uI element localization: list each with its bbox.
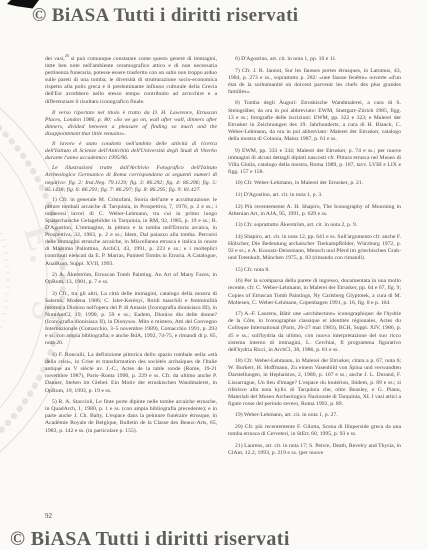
footnote: 13) Cfr. soprattutto Åkerström, art. cit… [228, 222, 401, 229]
footnotes-left: 1) Cfr. in generale M. Cristofani, Stori… [45, 197, 217, 435]
footnote: 16) Per la scomparsa della parete di ing… [228, 278, 401, 306]
footnote: 17) A.-F. Laurens, Bâtir une «architectu… [228, 311, 401, 354]
acknowledgements-block: Il verso riportato nel titolo è tratto d… [45, 110, 217, 194]
footnote: 12) Più recentemente A. H. Shapiro, The … [228, 204, 401, 218]
footnote: 21) Laurens, art. cit. in nota 17; S. Pe… [228, 443, 401, 457]
scanned-book-page: E S © BiASA Tutti i diritti riservati de… [0, 0, 428, 550]
copyright-watermark-top: © BiASA Tutti i diritti riservati [32, 5, 299, 27]
page-number: 92 [45, 512, 52, 520]
seal-divider-dot [30, 256, 36, 262]
footnote: 1) Cfr. in generale M. Cristofani, Stori… [45, 197, 217, 268]
body-paragraph: dei vasi,26 si può comunque constatare c… [45, 56, 217, 106]
footnote: 7) Cfr. J. R. Jannot, Sur les fausses po… [228, 68, 401, 96]
footnote: 14) Shapiro, art. cit. in nota 12, pp. 6… [228, 234, 401, 262]
footnote: 19) Weber-Lehmann, art. cit. in nota 1, … [228, 412, 401, 419]
footnote: 6) D'Agostino, art. cit. in nota 1, pp. … [228, 56, 401, 63]
footnotes-right: 6) D'Agostino, art. cit. in nota 1, pp. … [228, 56, 401, 457]
body-text-start: dei vasi, [45, 56, 65, 62]
right-column: 6) D'Agostino, art. cit. in nota 1, pp. … [228, 56, 401, 461]
footnote: 11) D'Agostino, art. cit. in nota 1, p. … [228, 192, 401, 199]
footnote: 9) EWM, pp. 333 e 334; Malerei der Etrus… [228, 148, 401, 176]
footnote: 18) Cfr. Weber-Lehmann, in Malerei der E… [228, 358, 401, 408]
footnote: 5) R. A. Staccioli, Le finte porte dipin… [45, 399, 217, 434]
body-text-rest: si può comunque constatare come questo g… [45, 56, 217, 105]
footnote: 4) F. Roncalli, La definizione pittorica… [45, 352, 217, 395]
footnote: 10) Cfr. Weber-Lehmann, in Malerei der E… [228, 180, 401, 187]
footnote: 8) Tomba degli Àuguri: Etruskische Wandm… [228, 100, 401, 143]
photo-credit-note: Le illustrazioni tratte dall'Archivio Fo… [45, 165, 217, 193]
footnote: 2) Å. Åkerström, Etruscan Tomb Painting.… [45, 272, 217, 286]
copyright-watermark-bottom: © BiASA Tutti i diritti riservati [10, 528, 290, 550]
left-column: dei vasi,26 si può comunque constatare c… [45, 56, 217, 439]
title-quote-note: Il verso riportato nel titolo è tratto d… [45, 110, 217, 138]
footnote: 15) Cfr. nota 8. [228, 267, 401, 274]
footnote: 3) Cfr., tra gli altri, La città delle i… [45, 291, 217, 348]
footnote: 20) Cfr. più recentemente F. Gilotta, Sc… [228, 424, 401, 438]
research-credit-note: Il lavoro è stato condotto nell'ambito d… [45, 141, 217, 162]
